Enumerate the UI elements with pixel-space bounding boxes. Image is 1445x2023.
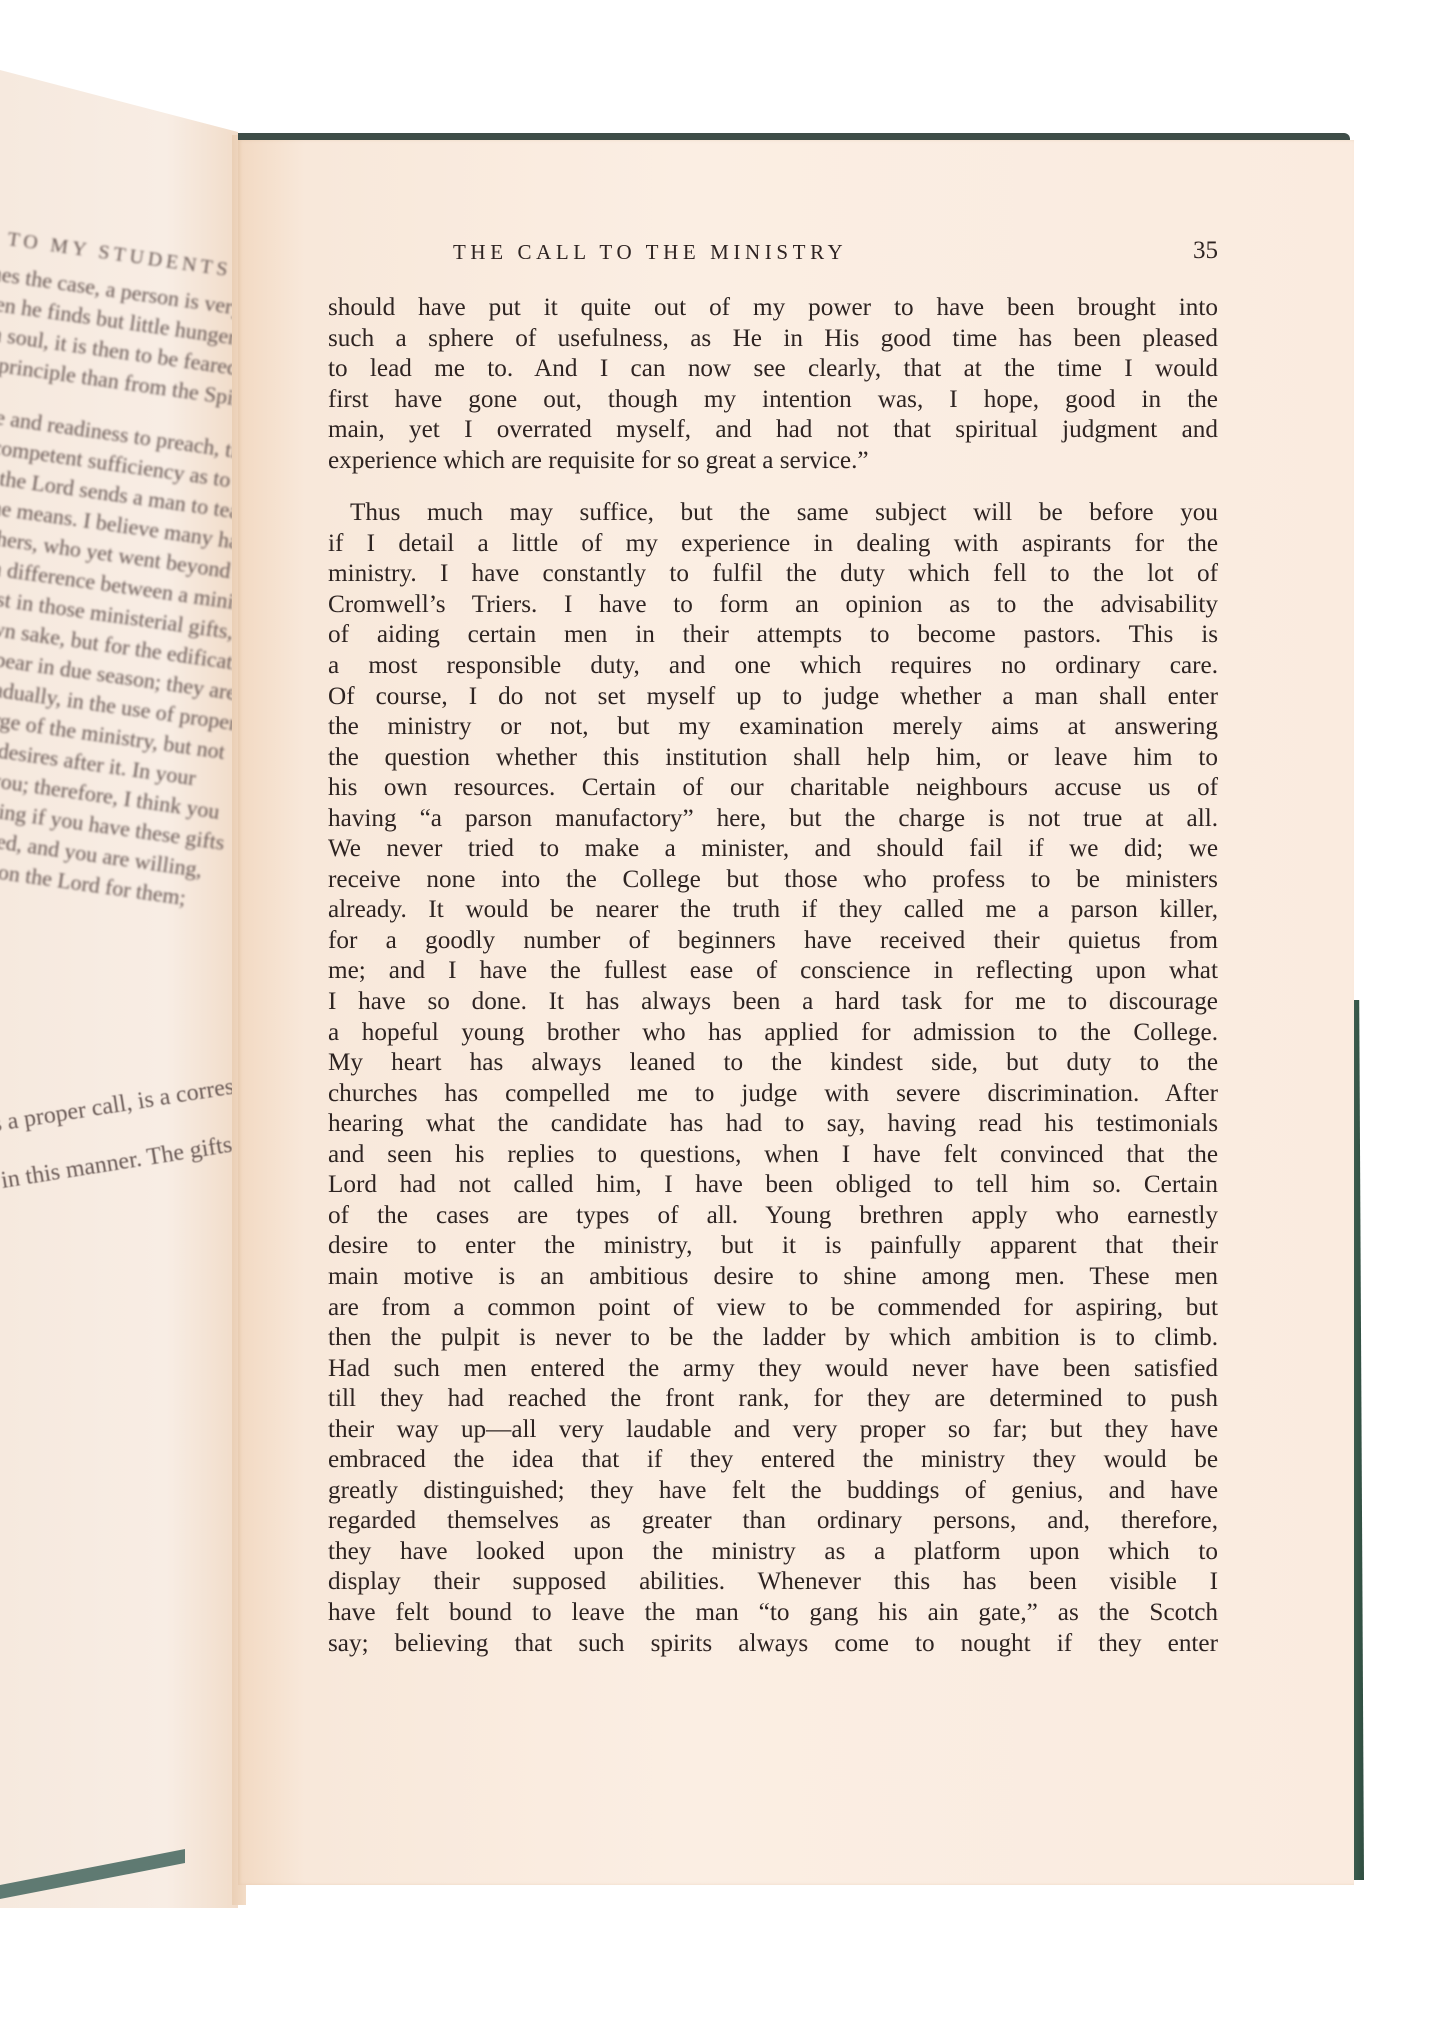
text-line: such a sphere of usefulness, as He in Hi… bbox=[328, 324, 1218, 355]
text-line: me; and I have the fullest ease of consc… bbox=[328, 956, 1218, 987]
running-head: THE CALL TO THE MINISTRY 35 bbox=[328, 240, 1218, 270]
text-line: have felt bound to leave the man “to gan… bbox=[328, 1598, 1218, 1629]
text-line: Had such men entered the army they would… bbox=[328, 1354, 1218, 1385]
text-line: their way up—all very laudable and very … bbox=[328, 1415, 1218, 1446]
text-line: Cromwell’s Triers. I have to form an opi… bbox=[328, 590, 1218, 621]
text-line: desire to enter the ministry, but it is … bbox=[328, 1231, 1218, 1262]
text-line: say; believing that such spirits always … bbox=[328, 1629, 1218, 1660]
text-line: main motive is an ambitious desire to sh… bbox=[328, 1262, 1218, 1293]
text-line: if I detail a little of my experience in… bbox=[328, 529, 1218, 560]
left-page-text-lower: s a proper call, is a correspondentual t… bbox=[0, 1069, 238, 1197]
paragraph-gap bbox=[328, 476, 1218, 498]
text-line: We never tried to make a minister, and s… bbox=[328, 834, 1218, 865]
text-line: first have gone out, though my intention… bbox=[328, 385, 1218, 416]
text-line: regarded themselves as greater than ordi… bbox=[328, 1506, 1218, 1537]
paragraph: Thus much may suffice, but the same subj… bbox=[328, 498, 1218, 1659]
text-line: to lead me to. And I can now see clearly… bbox=[328, 354, 1218, 385]
text-line: the question whether this institution sh… bbox=[328, 743, 1218, 774]
text-line: they have looked upon the ministry as a … bbox=[328, 1537, 1218, 1568]
text-line: embraced the idea that if they entered t… bbox=[328, 1445, 1218, 1476]
text-line: greatly distinguished; they have felt th… bbox=[328, 1476, 1218, 1507]
running-head-title: THE CALL TO THE MINISTRY bbox=[453, 240, 847, 265]
paragraph: should have put it quite out of my power… bbox=[328, 293, 1218, 476]
text-line: already. It would be nearer the truth if… bbox=[328, 895, 1218, 926]
text-line: of aiding certain men in their attempts … bbox=[328, 620, 1218, 651]
left-page: TO MY STUDENTS times the case, a person … bbox=[0, 70, 238, 1908]
text-line: for a goodly number of beginners have re… bbox=[328, 926, 1218, 957]
text-line: My heart has always leaned to the kindes… bbox=[328, 1048, 1218, 1079]
text-line: having “a parson manufactory” here, but … bbox=[328, 804, 1218, 835]
text-line: Lord had not called him, I have been obl… bbox=[328, 1170, 1218, 1201]
text-line: Thus much may suffice, but the same subj… bbox=[328, 498, 1218, 529]
text-line: hearing what the candidate has had to sa… bbox=[328, 1109, 1218, 1140]
text-line: ministry. I have constantly to fulfil th… bbox=[328, 559, 1218, 590]
page-number: 35 bbox=[1193, 237, 1218, 265]
page-body: should have put it quite out of my power… bbox=[328, 293, 1218, 1659]
text-line: main, yet I overrated myself, and had no… bbox=[328, 415, 1218, 446]
text-line: churches has compelled me to judge with … bbox=[328, 1079, 1218, 1110]
left-paragraph-2: desire and readiness to preach, thenome … bbox=[0, 396, 213, 908]
text-line: the ministry or not, but my examination … bbox=[328, 712, 1218, 743]
text-line: should have put it quite out of my power… bbox=[328, 293, 1218, 324]
text-line: a most responsible duty, and one which r… bbox=[328, 651, 1218, 682]
text-line: experience which are requisite for so gr… bbox=[328, 446, 1218, 477]
text-line: I have so done. It has always been a har… bbox=[328, 987, 1218, 1018]
text-line: his own resources. Certain of our charit… bbox=[328, 773, 1218, 804]
text-line: are from a common point of view to be co… bbox=[328, 1293, 1218, 1324]
text-line: till they had reached the front rank, fo… bbox=[328, 1384, 1218, 1415]
text-line: and seen his replies to questions, when … bbox=[328, 1140, 1218, 1171]
text-line: Of course, I do not set myself up to jud… bbox=[328, 682, 1218, 713]
text-line: receive none into the College but those … bbox=[328, 865, 1218, 896]
text-line: a hopeful young brother who has applied … bbox=[328, 1018, 1218, 1049]
text-line: then the pulpit is never to be the ladde… bbox=[328, 1323, 1218, 1354]
left-page-text-upper: TO MY STUDENTS times the case, a person … bbox=[0, 220, 237, 908]
text-line: display their supposed abilities. Whenev… bbox=[328, 1567, 1218, 1598]
text-line: of the cases are types of all. Young bre… bbox=[328, 1201, 1218, 1232]
